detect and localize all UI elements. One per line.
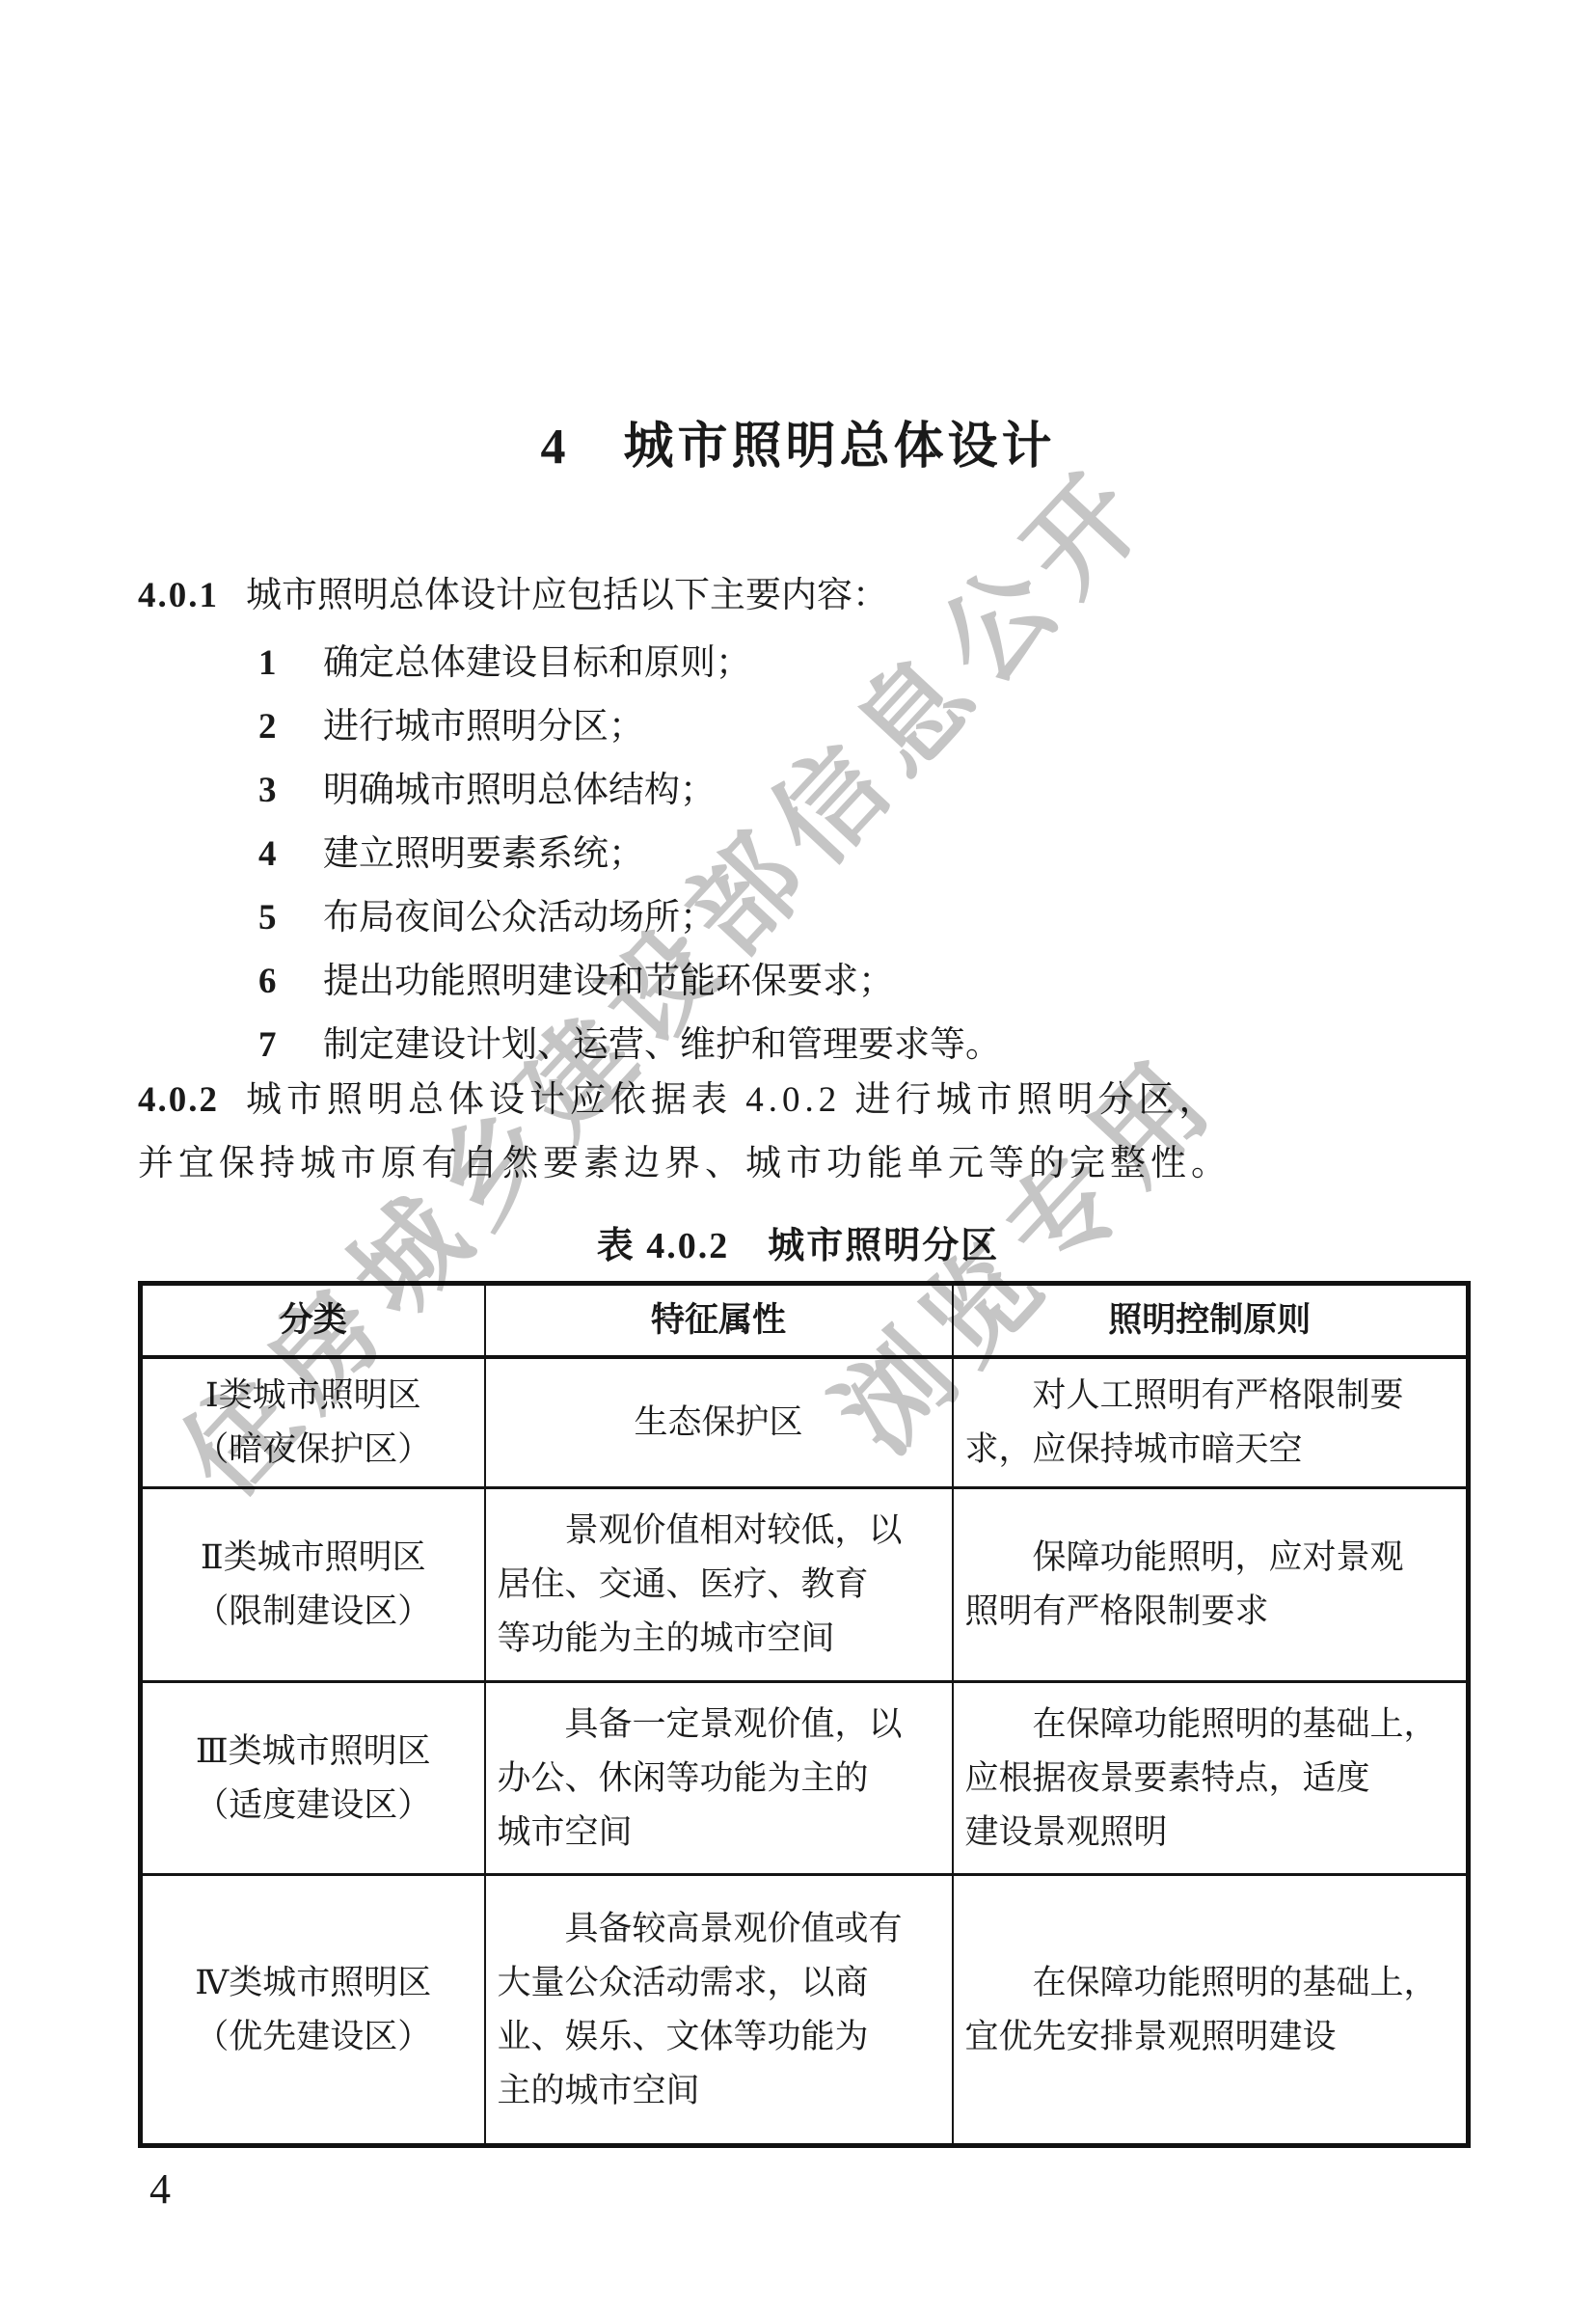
clause-4-0-2: 4.0.2城市照明总体设计应依据表 4.0.2 进行城市照明分区， 并宜保持城市… — [138, 1069, 1466, 1196]
item-number: 5 — [258, 886, 323, 950]
table-row: Ⅲ类城市照明区 （适度建设区） 具备一定景观价值，以 办公、休闲等功能为主的 城… — [141, 1682, 1469, 1875]
list-item: 2进行城市照明分区； — [138, 695, 1466, 759]
table-row: Ⅱ类城市照明区 （限制建设区） 景观价值相对较低，以 居住、交通、医疗、教育 等… — [141, 1488, 1469, 1682]
clause-label: 4.0.2 — [138, 1080, 219, 1120]
cell-category: Ⅲ类城市照明区 （适度建设区） — [141, 1682, 485, 1875]
cell-category: Ⅳ类城市照明区 （优先建设区） — [141, 1875, 485, 2146]
page-number: 4 — [149, 2161, 171, 2218]
document-page: 住房城乡建设部信息公开 浏览专用 4 城市照明总体设计 4.0.1城市照明总体设… — [0, 0, 1596, 2311]
cell-attribute: 具备较高景观价值或有 大量公众活动需求，以商 业、娱乐、文体等功能为 主的城市空… — [485, 1875, 953, 2146]
clause-text: 城市照明总体设计应依据表 4.0.2 进行城市照明分区， 并宜保持城市原有自然要… — [138, 1080, 1231, 1183]
item-text: 建立照明要素系统； — [323, 834, 644, 874]
list-item: 1确定总体建设目标和原则； — [138, 632, 1466, 695]
item-number: 2 — [258, 695, 323, 759]
cell-principle: 在保障功能照明的基础上， 宜优先安排景观照明建设 — [953, 1875, 1469, 2146]
cell-principle: 保障功能照明，应对景观 照明有严格限制要求 — [953, 1488, 1469, 1682]
cell-principle: 在保障功能照明的基础上， 应根据夜景要素特点，适度 建设景观照明 — [953, 1682, 1469, 1875]
table-caption: 表 4.0.2 城市照明分区 — [0, 1217, 1596, 1275]
clause-label: 4.0.1 — [138, 576, 219, 615]
cell-principle: 对人工照明有严格限制要 求，应保持城市暗天空 — [953, 1357, 1469, 1488]
col-header-attribute: 特征属性 — [485, 1284, 953, 1358]
item-text: 布局夜间公众活动场所； — [323, 898, 716, 938]
col-header-category: 分类 — [141, 1284, 485, 1358]
table-row: Ⅳ类城市照明区 （优先建设区） 具备较高景观价值或有 大量公众活动需求，以商 业… — [141, 1875, 1469, 2146]
zoning-table: 分类 特征属性 照明控制原则 Ⅰ类城市照明区 （暗夜保护区） 生态保护区 对人工… — [138, 1281, 1471, 2148]
section-title: 4 城市照明总体设计 — [0, 405, 1596, 477]
item-number: 1 — [258, 632, 323, 695]
cell-category: Ⅱ类城市照明区 （限制建设区） — [141, 1488, 485, 1682]
cell-attribute: 生态保护区 — [485, 1357, 953, 1488]
ordered-list: 1确定总体建设目标和原则； 2进行城市照明分区； 3明确城市照明总体结构； 4建… — [138, 632, 1466, 1077]
list-item: 5布局夜间公众活动场所； — [138, 886, 1466, 950]
item-text: 进行城市照明分区； — [323, 707, 644, 747]
clause-4-0-1: 4.0.1城市照明总体设计应包括以下主要内容： — [138, 564, 1466, 628]
item-number: 6 — [258, 950, 323, 1014]
cell-attribute: 景观价值相对较低，以 居住、交通、医疗、教育 等功能为主的城市空间 — [485, 1488, 953, 1682]
list-item: 6提出功能照明建设和节能环保要求； — [138, 950, 1466, 1014]
table-row: Ⅰ类城市照明区 （暗夜保护区） 生态保护区 对人工照明有严格限制要 求，应保持城… — [141, 1357, 1469, 1488]
item-text: 明确城市照明总体结构； — [323, 771, 716, 810]
item-number: 3 — [258, 759, 323, 823]
cell-category: Ⅰ类城市照明区 （暗夜保护区） — [141, 1357, 485, 1488]
item-text: 提出功能照明建设和节能环保要求； — [323, 962, 894, 1001]
item-number: 4 — [258, 823, 323, 886]
cell-attribute: 具备一定景观价值，以 办公、休闲等功能为主的 城市空间 — [485, 1682, 953, 1875]
table-header-row: 分类 特征属性 照明控制原则 — [141, 1284, 1469, 1358]
clause-text: 城市照明总体设计应包括以下主要内容： — [246, 576, 888, 615]
item-text: 确定总体建设目标和原则； — [323, 643, 751, 683]
list-item: 3明确城市照明总体结构； — [138, 759, 1466, 823]
list-item: 4建立照明要素系统； — [138, 823, 1466, 886]
col-header-principle: 照明控制原则 — [953, 1284, 1469, 1358]
item-text: 制定建设计划、运营、维护和管理要求等。 — [323, 1025, 1001, 1065]
